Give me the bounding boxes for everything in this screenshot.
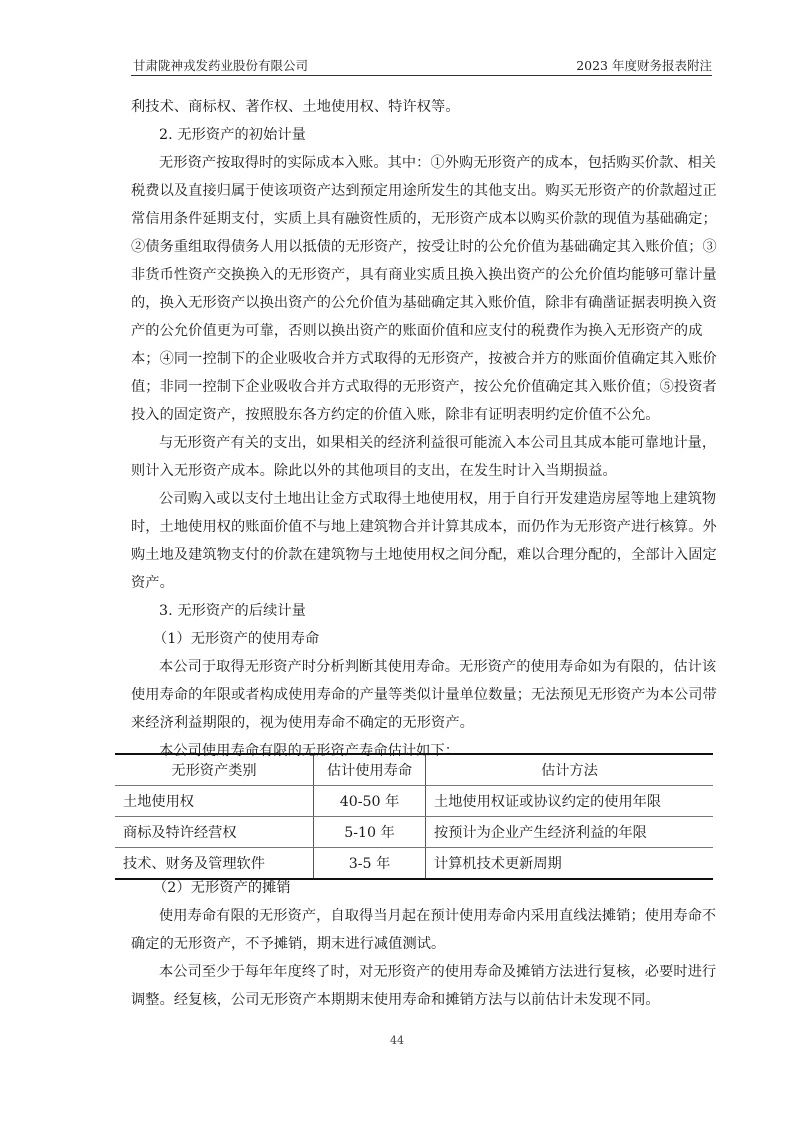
- useful-life-table: 无形资产类别 估计使用寿命 估计方法 土地使用权 40-50 年 土地使用权证或…: [115, 753, 713, 880]
- paragraph-line: 则计入无形资产成本。除此以外的其他项目的支出，在发生时计入当期损益。: [131, 457, 712, 485]
- subsection-heading-useful-life: （1）无形资产的使用寿命: [131, 625, 712, 653]
- paragraph-line: 公司购入或以支付土地出让金方式取得土地使用权，用于自行开发建造房屋等地上建筑物: [131, 485, 712, 513]
- table-row: 土地使用权 40-50 年 土地使用权证或协议约定的使用年限: [115, 786, 713, 817]
- paragraph-line: 无形资产按取得时的实际成本入账。其中：①外购无形资产的成本，包括购买价款、相关: [131, 149, 712, 177]
- cell-category: 商标及特许经营权: [115, 817, 314, 848]
- cell-method: 土地使用权证或协议约定的使用年限: [426, 786, 714, 817]
- paragraph-line: 时，土地使用权的账面价值不与地上建筑物合并计算其成本，而仍作为无形资产进行核算。…: [131, 513, 712, 541]
- paragraph-line: 值；非同一控制下企业吸收合并方式取得的无形资产，按公允价值确定其入账价值；⑤投资…: [131, 373, 712, 401]
- document-page: 甘肃陇神戎发药业股份有限公司 2023 年度财务报表附注 利技术、商标权、著作权…: [0, 0, 794, 1122]
- paragraph-line: 产的公允价值更为可靠，否则以换出资产的账面价值和应支付的税费作为换入无形资产的成: [131, 317, 712, 345]
- table-header-row: 无形资产类别 估计使用寿命 估计方法: [115, 754, 713, 786]
- section-heading-initial-measurement: 2. 无形资产的初始计量: [131, 121, 712, 149]
- paragraph-line: 调整。经复核，公司无形资产本期期末使用寿命和摊销方法与以前估计未发现不同。: [131, 986, 712, 1014]
- page-number: 44: [0, 1034, 794, 1047]
- column-header-method: 估计方法: [426, 754, 714, 786]
- paragraph-line: 与无形资产有关的支出，如果相关的经济利益很可能流入本公司且其成本能可靠地计量，: [131, 429, 712, 457]
- paragraph-line: 本；④同一控制下的企业吸收合并方式取得的无形资产，按被合并方的账面价值确定其入账…: [131, 345, 712, 373]
- body-block-1: 利技术、商标权、著作权、土地使用权、特许权等。 2. 无形资产的初始计量 无形资…: [131, 93, 712, 765]
- table-row: 商标及特许经营权 5-10 年 按预计为企业产生经济利益的年限: [115, 817, 713, 848]
- paragraph-line: 常信用条件延期支付，实质上具有融资性质的，无形资产成本以购买价款的现值为基础确定…: [131, 205, 712, 233]
- paragraph-line: 确定的无形资产，不予摊销，期末进行减值测试。: [131, 930, 712, 958]
- paragraph-line: 购土地及建筑物支付的价款在建筑物与土地使用权之间分配，难以合理分配的，全部计入固…: [131, 541, 712, 569]
- subsection-heading-amortization: （2）无形资产的摊销: [131, 874, 712, 902]
- body-block-2: （2）无形资产的摊销 使用寿命有限的无形资产，自取得当月起在预计使用寿命内采用直…: [131, 874, 712, 1014]
- paragraph-line: 投入的固定资产，按照股东各方约定的价值入账，除非有证明表明约定价值不公允。: [131, 401, 712, 429]
- cell-useful-life: 5-10 年: [314, 817, 426, 848]
- paragraph-line: 非货币性资产交换换入的无形资产，具有商业实质且换入换出资产的公允价值均能够可靠计…: [131, 261, 712, 289]
- column-header-useful-life: 估计使用寿命: [314, 754, 426, 786]
- cell-category: 土地使用权: [115, 786, 314, 817]
- paragraph-line: 利技术、商标权、著作权、土地使用权、特许权等。: [131, 93, 712, 121]
- column-header-category: 无形资产类别: [115, 754, 314, 786]
- header-report-title: 2023 年度财务报表附注: [576, 56, 712, 74]
- paragraph-line: 使用寿命的年限或者构成使用寿命的产量等类似计量单位数量；无法预见无形资产为本公司…: [131, 681, 712, 709]
- cell-method: 按预计为企业产生经济利益的年限: [426, 817, 714, 848]
- paragraph-line: 来经济利益期限的，视为使用寿命不确定的无形资产。: [131, 709, 712, 737]
- page-header: 甘肃陇神戎发药业股份有限公司 2023 年度财务报表附注: [131, 53, 712, 76]
- paragraph-line: 资产。: [131, 569, 712, 597]
- paragraph-line: 本公司至少于每年年度终了时，对无形资产的使用寿命及摊销方法进行复核，必要时进行: [131, 958, 712, 986]
- paragraph-line: 的，换入无形资产以换出资产的公允价值为基础确定其入账价值，除非有确凿证据表明换入…: [131, 289, 712, 317]
- paragraph-line: 本公司于取得无形资产时分析判断其使用寿命。无形资产的使用寿命如为有限的，估计该: [131, 653, 712, 681]
- cell-useful-life: 40-50 年: [314, 786, 426, 817]
- paragraph-line: 使用寿命有限的无形资产，自取得当月起在预计使用寿命内采用直线法摊销；使用寿命不: [131, 902, 712, 930]
- paragraph-line: 税费以及直接归属于使该项资产达到预定用途所发生的其他支出。购买无形资产的价款超过…: [131, 177, 712, 205]
- section-heading-subsequent-measurement: 3. 无形资产的后续计量: [131, 597, 712, 625]
- paragraph-line: ②债务重组取得债务人用以抵债的无形资产，按受让时的公允价值为基础确定其入账价值；…: [131, 233, 712, 261]
- header-company-name: 甘肃陇神戎发药业股份有限公司: [133, 56, 308, 74]
